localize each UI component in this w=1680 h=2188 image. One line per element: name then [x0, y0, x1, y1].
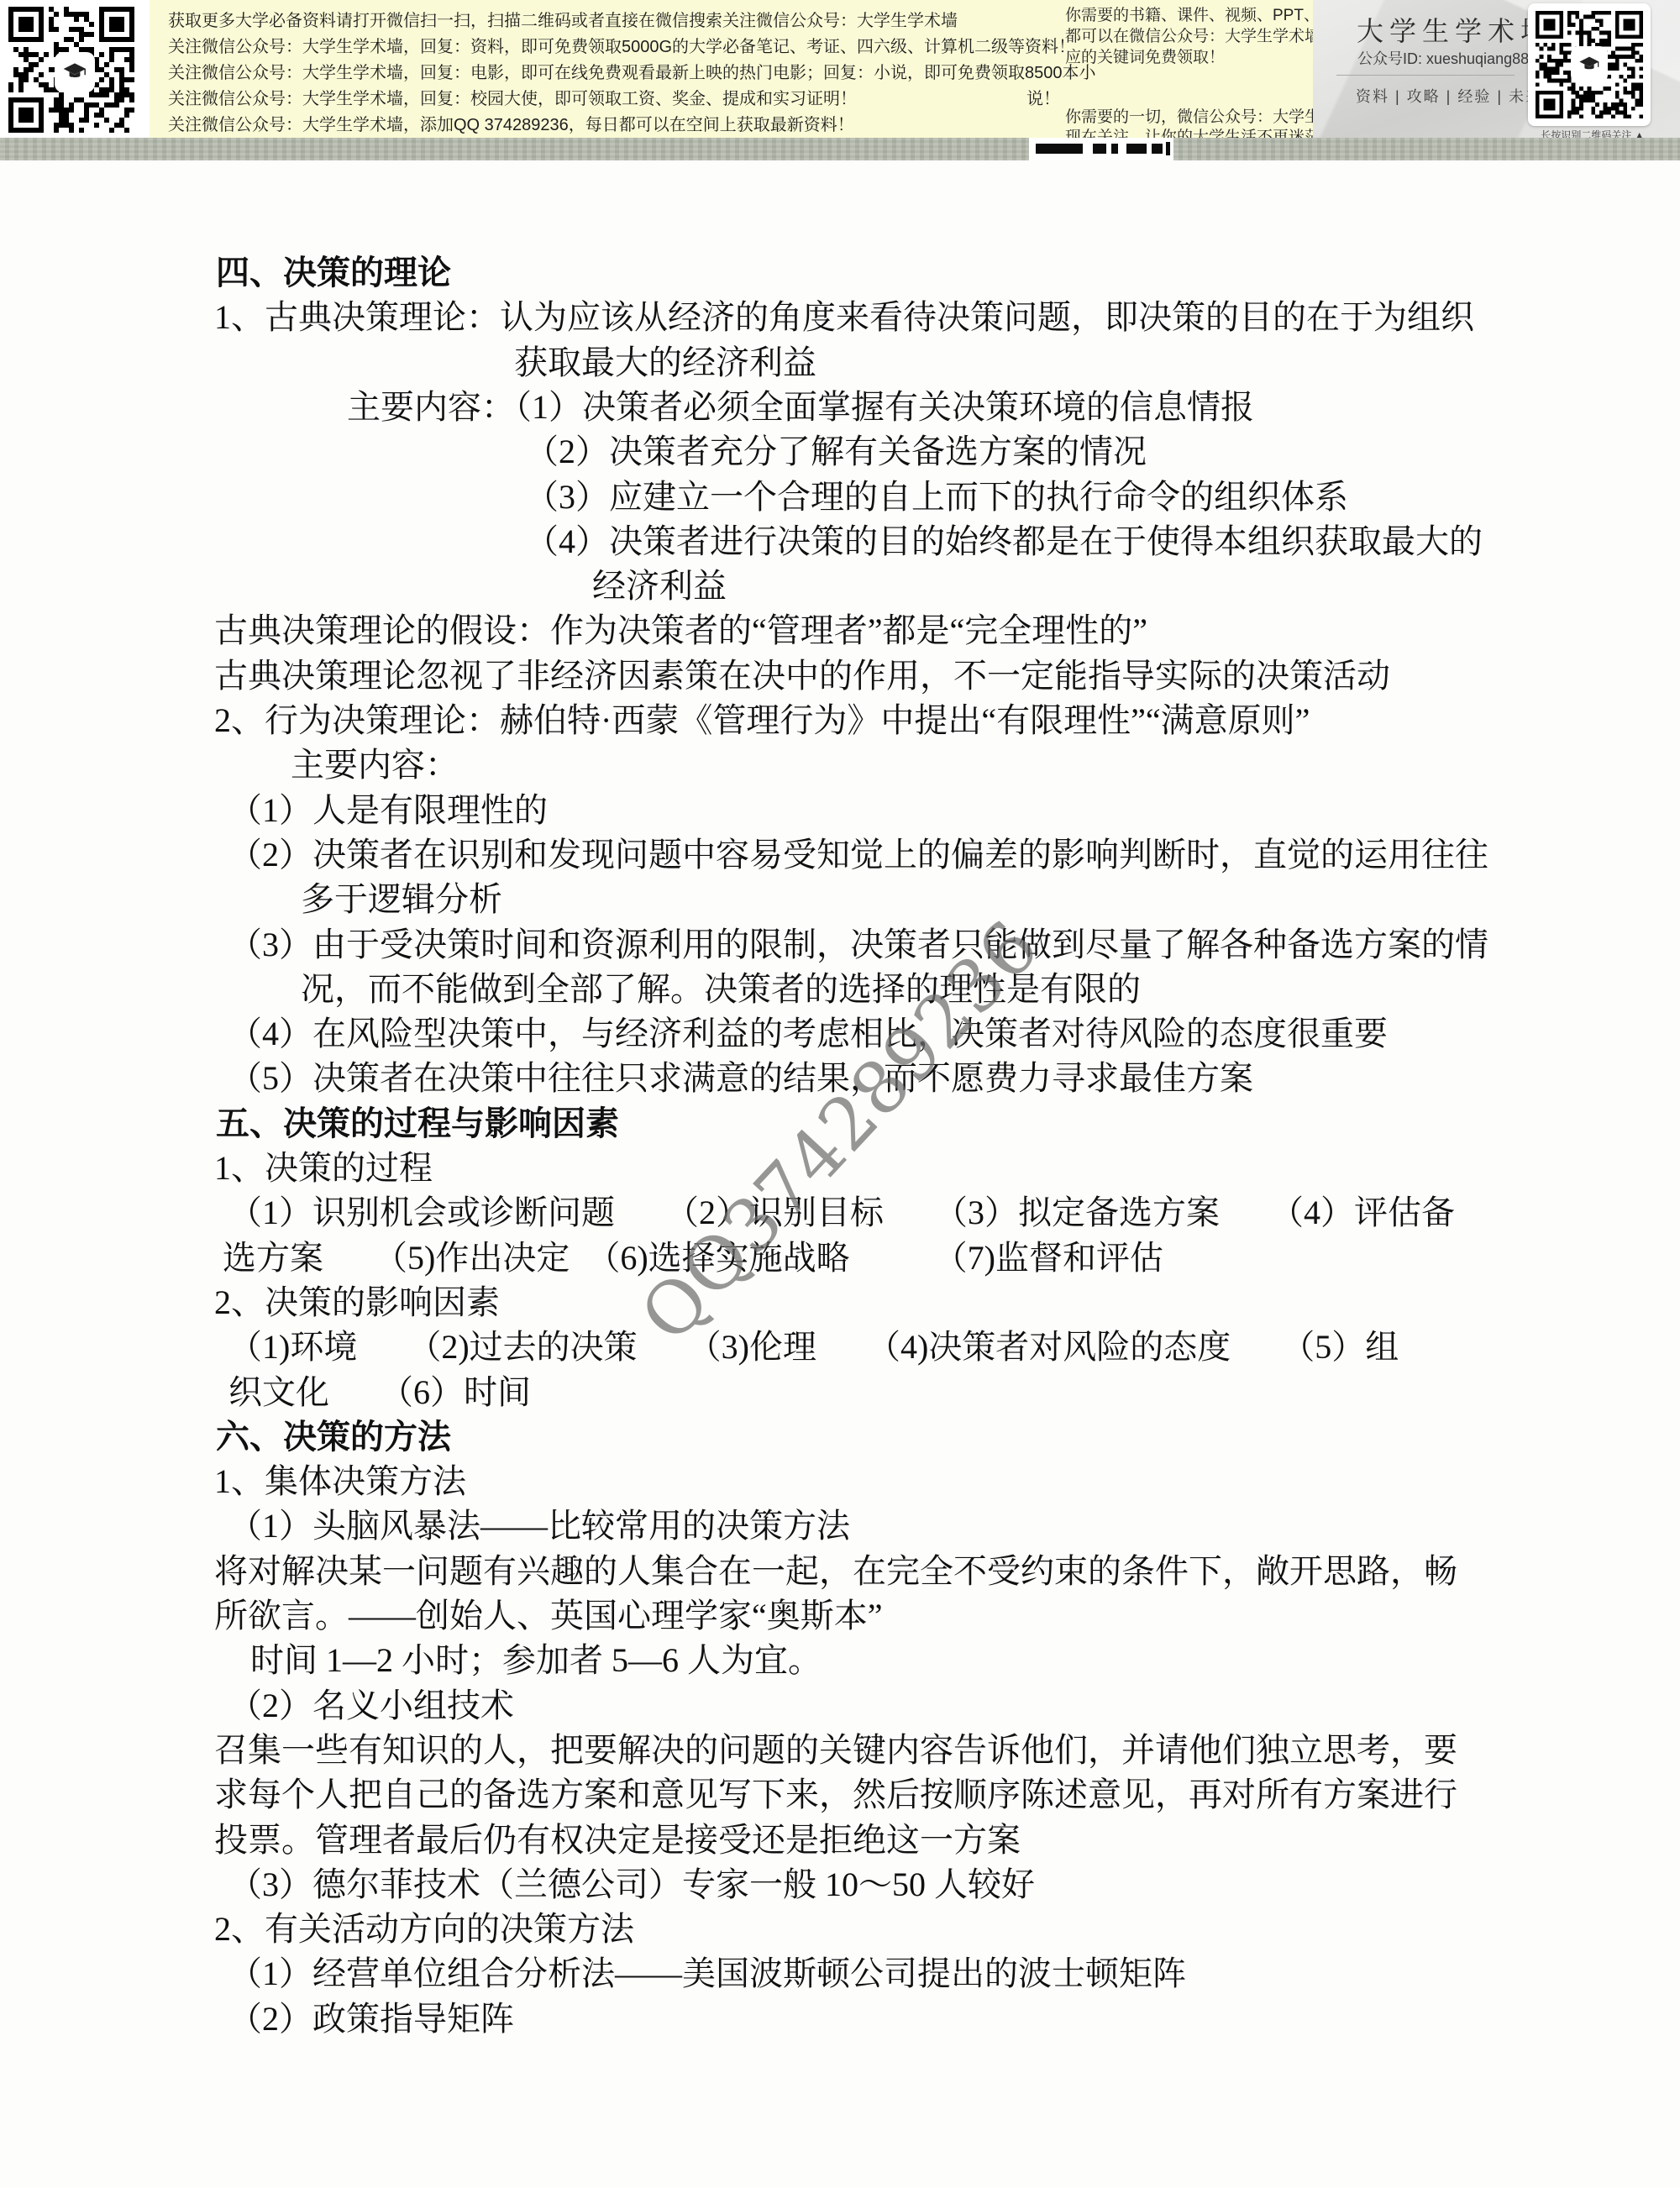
doc-line: （3）德尔菲技术（兰德公司）专家一般 10～50 人较好: [228, 1862, 1035, 1907]
doc-line: （3）应建立一个合理的自上而下的执行命令的组织体系: [525, 475, 1348, 519]
doc-line: （4）决策者进行决策的目的始终都是在于使得本组织获取最大的: [525, 519, 1483, 564]
doc-line: 1、集体决策方法: [214, 1459, 466, 1503]
doc-line: 五、决策的过程与影响因素: [216, 1101, 619, 1146]
doc-line: 主要内容：（1）决策者必须全面掌握有关决策环境的信息情报: [347, 385, 1254, 429]
doc-line: 将对解决某一问题有兴趣的人集合在一起，在完全不受约束的条件下，敞开思路，畅: [214, 1549, 1457, 1593]
doc-line: （5）决策者在决策中往往只求满意的结果，而不愿费力寻求最佳方案: [228, 1056, 1253, 1100]
doc-line: （2）决策者充分了解有关备选方案的情况: [525, 429, 1147, 474]
doc-line: 多于逻辑分析: [301, 877, 502, 921]
doc-line: 织文化 （6）时间: [228, 1370, 531, 1414]
doc-line: （1)环境 （2)过去的决策 （3)伦理 （4)决策者对风险的态度 （5）组: [228, 1325, 1399, 1369]
doc-line: 六、决策的方法: [216, 1414, 451, 1459]
doc-line: 1、古典决策理论：认为应该从经济的角度来看待决策问题，即决策的目的在于为组织: [214, 295, 1474, 339]
doc-line: 2、行为决策理论：赫伯特·西蒙《管理行为》中提出“有限理性”“满意原则”: [214, 698, 1310, 742]
doc-line: 投票。管理者最后仍有权决定是接受还是拒绝这一方案: [214, 1818, 1021, 1862]
doc-line: （1）头脑风暴法——比较常用的决策方法: [228, 1503, 850, 1548]
doc-line: 古典决策理论的假设：作为决策者的“管理者”都是“完全理性的”: [214, 608, 1147, 653]
doc-line: 所欲言。——创始人、英国心理学家“奥斯本”: [214, 1593, 883, 1638]
doc-line: 求每个人把自己的备选方案和意见写下来，然后按顺序陈述意见，再对所有方案进行: [214, 1772, 1457, 1817]
doc-line: 召集一些有知识的人，把要解决的问题的关键内容告诉他们，并请他们独立思考，要: [214, 1728, 1457, 1772]
doc-line: 1、决策的过程: [214, 1146, 433, 1190]
doc-line: 主要内容：: [291, 742, 459, 787]
doc-line: （1）经营单位组合分析法——美国波斯顿公司提出的波士顿矩阵: [228, 1951, 1186, 1996]
doc-line: 2、有关活动方向的决策方法: [214, 1907, 634, 1951]
doc-line: （2）决策者在识别和发现问题中容易受知觉上的偏差的影响判断时，直觉的运用往往: [228, 832, 1488, 877]
doc-line: 获取最大的经济利益: [514, 340, 816, 385]
doc-line: 四、决策的理论: [216, 250, 451, 295]
doc-line: （4）在风险型决策中，与经济利益的考虑相比，决策者对待风险的态度很重要: [228, 1011, 1388, 1056]
doc-line: 经济利益: [592, 564, 727, 608]
doc-line: （1）人是有限理性的: [228, 788, 548, 832]
doc-line: 2、决策的影响因素: [214, 1280, 500, 1325]
doc-line: （3）由于受决策时间和资源利用的限制，决策者只能做到尽量了解各种备选方案的情: [228, 922, 1488, 967]
doc-line: （2）政策指导矩阵: [228, 1996, 514, 2041]
doc-line: （2）名义小组技术: [228, 1683, 514, 1728]
doc-line: 时间 1—2 小时；参加者 5—6 人为宜。: [250, 1638, 822, 1682]
doc-line: 古典决策理论忽视了非经济因素策在决中的作用，不一定能指导实际的决策活动: [214, 653, 1390, 698]
